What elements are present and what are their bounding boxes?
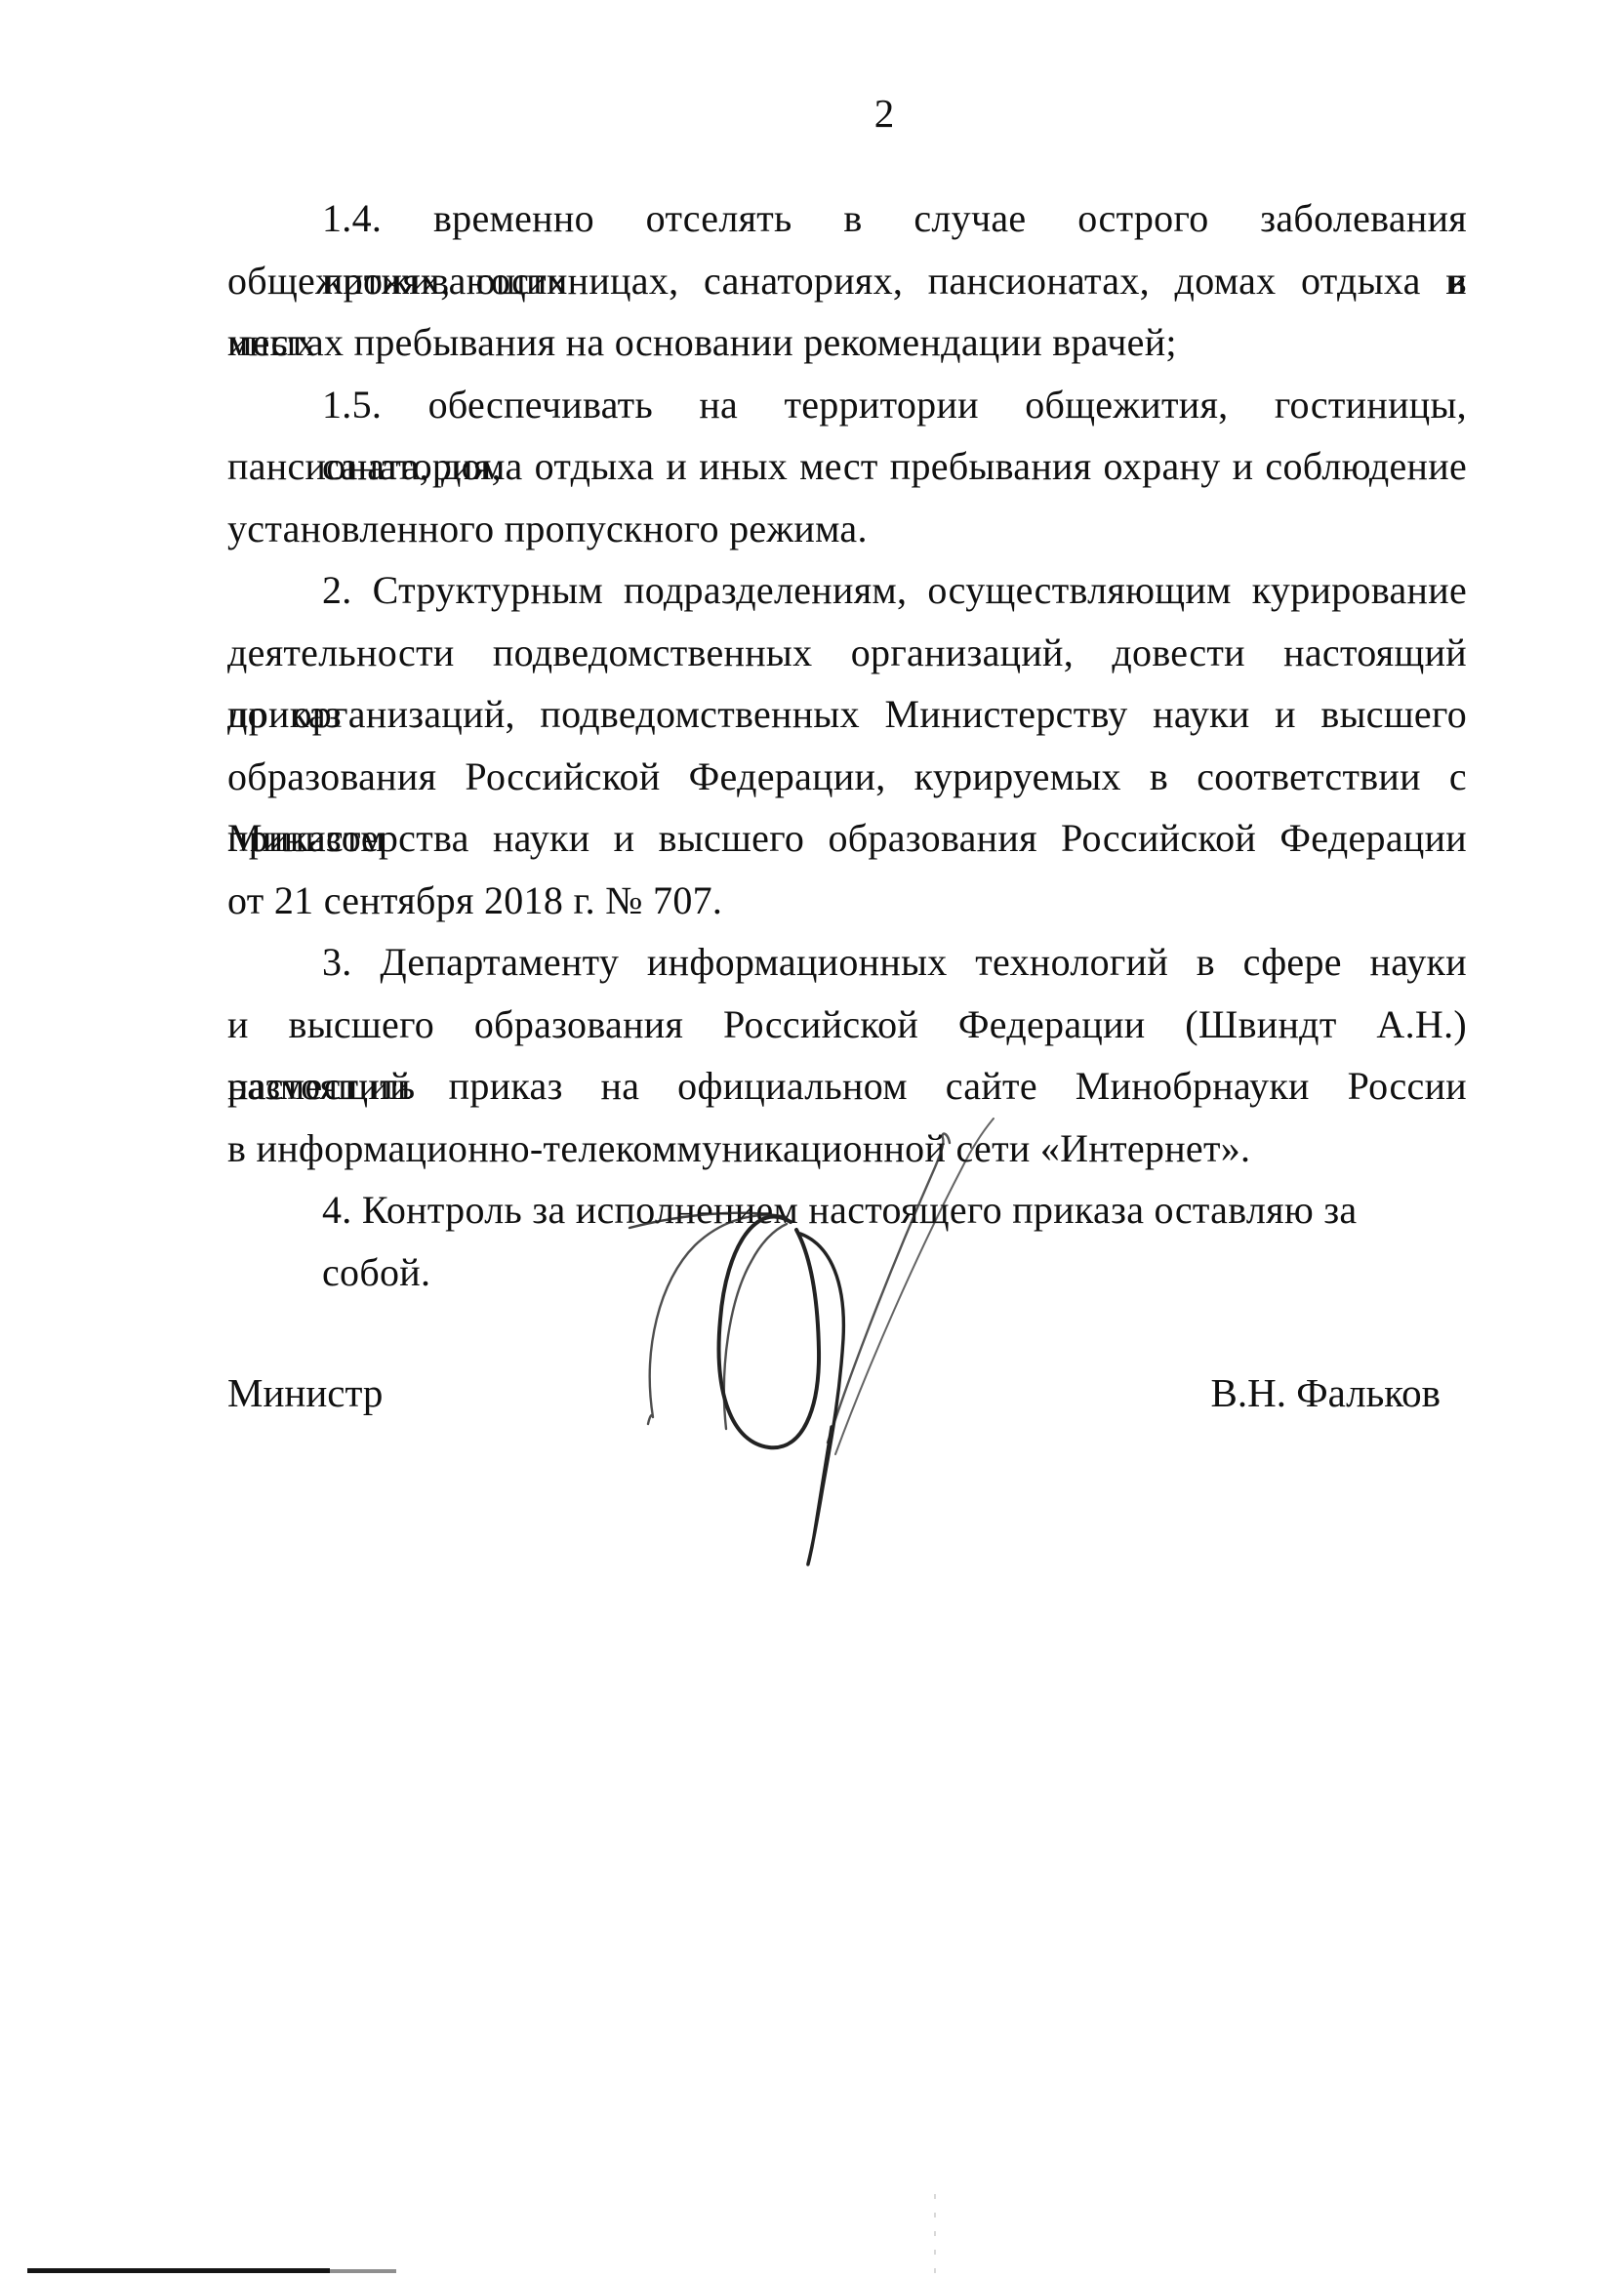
scan-artifact-line-fade <box>330 2269 396 2273</box>
paragraph: 1.4. временно отселять в случае острого … <box>227 187 1467 374</box>
text-line: настоящий приказ на официальном сайте Ми… <box>227 1055 1467 1118</box>
page-number: 2 <box>227 92 1467 135</box>
document-body: 1.4. временно отселять в случае острого … <box>227 187 1467 1241</box>
paragraph: 3. Департаменту информационных технологи… <box>227 931 1467 1179</box>
text-line: местах пребывания на основании рекоменда… <box>227 311 1467 374</box>
scanned-document-page: 2 1.4. временно отселять в случае острог… <box>0 0 1624 2278</box>
text-line: 3. Департаменту информационных технологи… <box>227 931 1467 994</box>
paragraph: 1.5. обеспечивать на территории общежити… <box>227 374 1467 560</box>
signer-name: В.Н. Фальков <box>1210 1369 1467 1417</box>
text-line: 4. Контроль за исполнением настоящего пр… <box>227 1179 1467 1241</box>
text-line: установленного пропускного режима. <box>227 498 1467 560</box>
text-line: до организаций, подведомственных Министе… <box>227 683 1467 746</box>
signer-title: Министр <box>227 1369 383 1417</box>
text-line: от 21 сентября 2018 г. № 707. <box>227 870 1467 932</box>
text-line: и высшего образования Российской Федерац… <box>227 994 1467 1056</box>
scan-artifact-line <box>27 2268 330 2273</box>
text-line: общежитиях, гостиницах, санаториях, панс… <box>227 250 1467 312</box>
paragraph: 4. Контроль за исполнением настоящего пр… <box>227 1179 1467 1241</box>
text-line: в информационно-телекоммуникационной сет… <box>227 1118 1467 1180</box>
paragraph: 2. Структурным подразделениям, осуществл… <box>227 559 1467 931</box>
text-line: образования Российской Федерации, куриру… <box>227 746 1467 808</box>
text-line: пансионата, дома отдыха и иных мест преб… <box>227 435 1467 498</box>
text-line: 1.4. временно отселять в случае острого … <box>227 187 1467 250</box>
scan-artifact-vertical <box>934 2194 936 2276</box>
signature-block: Министр В.Н. Фальков <box>227 1369 1467 1417</box>
text-line: деятельности подведомственных организаци… <box>227 622 1467 684</box>
text-line: 2. Структурным подразделениям, осуществл… <box>227 559 1467 622</box>
text-line: Министерства науки и высшего образования… <box>227 807 1467 870</box>
text-line: 1.5. обеспечивать на территории общежити… <box>227 374 1467 436</box>
